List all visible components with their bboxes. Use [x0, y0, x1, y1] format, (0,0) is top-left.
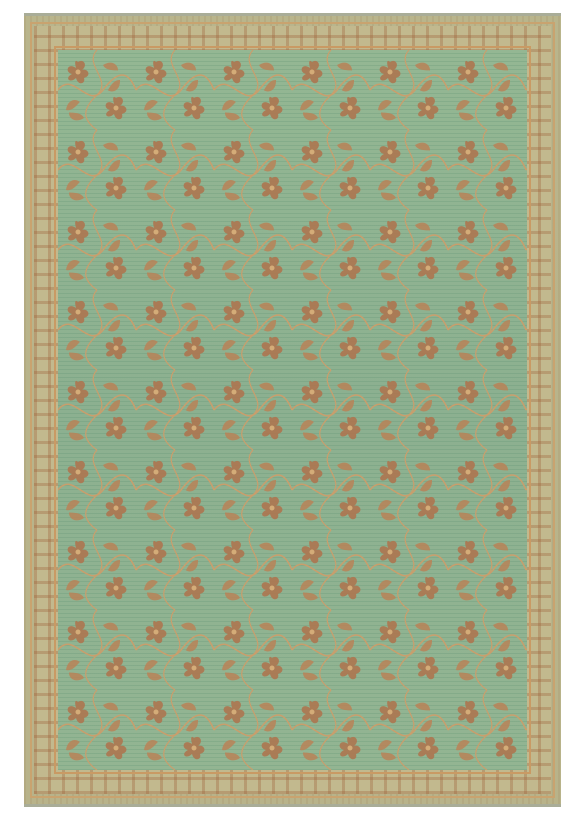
rug-field — [58, 50, 527, 770]
floral-pattern-icon — [58, 50, 527, 770]
rug — [24, 16, 561, 804]
rug-bottom-edge — [24, 804, 561, 807]
